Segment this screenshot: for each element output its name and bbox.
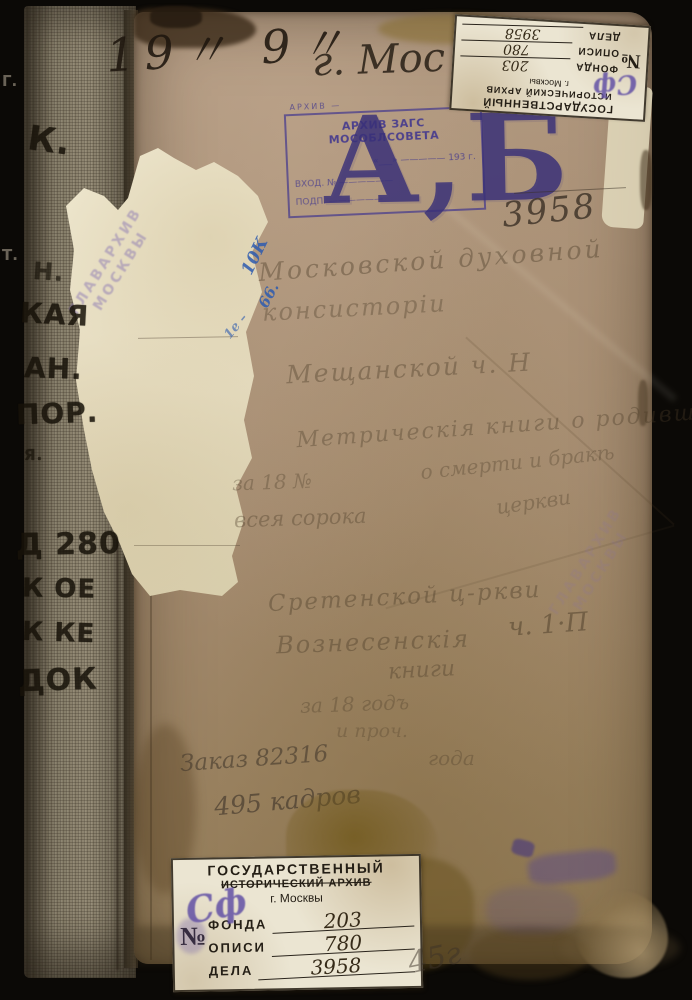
label-frame: ГОСУДАРСТВЕННЫЙ ИСТОРИЧЕСКИЙ АРХИВ г. Мо… (449, 14, 650, 122)
edge-chip (638, 380, 648, 426)
top-inscription-place: г. Мос (311, 38, 445, 83)
label-rows: ФОНДА 203 ОПИСИ 780 ДЕЛА 3958 (460, 22, 621, 80)
pencil-rule-line-2 (134, 545, 240, 546)
spine-letters: К КЕ (22, 619, 96, 648)
purple-stamp-smudge (486, 886, 578, 934)
label-frame: ГОСУДАРСТВЕННЫЙ ИСТОРИЧЕСКИЙ АРХИВ г. Мо… (171, 854, 423, 992)
spine-letters: К ОЕ (22, 575, 97, 602)
sf-stamp: Сф (591, 68, 638, 103)
spine-letters: КАЯ (19, 299, 89, 331)
file-number-pencil: 3958 (500, 189, 598, 233)
hinge-shadow-line (150, 560, 152, 960)
delo-value: 3958 (258, 954, 415, 980)
spine-letters: Н. (32, 259, 65, 285)
label-row-delo: ДЕЛА 3958 (209, 952, 415, 979)
spine-letters: ДОК (18, 665, 99, 698)
spine-letters: К. (26, 121, 73, 161)
edge-chip (640, 150, 652, 210)
edge-letter: Т. (2, 246, 18, 264)
faded-script-line: за 18 годъ (300, 692, 410, 716)
spine-letters: АН. (24, 354, 84, 384)
faded-script-line: года (428, 748, 475, 768)
faded-script-line: за 18 № (232, 471, 313, 494)
spine-letters: Я. (24, 448, 43, 463)
book-cover-scan: ГЛАВАРХИВ МОСКВЫ ГЛАВАРХИВ МОСКВЫ К. Н. … (0, 0, 692, 1000)
corner-pencil-note: 45г (405, 939, 463, 979)
spine-letters: Д 280 (16, 529, 121, 561)
tape-stain (560, 928, 680, 968)
faded-script-line: ч. 1·П (507, 609, 589, 641)
faded-script-line: и проч. (336, 722, 408, 741)
label-delo: ДЕЛА (583, 29, 621, 42)
spine-letters: ПОР. (16, 399, 99, 430)
faded-script-line: книги (387, 658, 455, 683)
archive-label-bottom: ГОСУДАРСТВЕННЫЙ ИСТОРИЧЕСКИЙ АРХИВ г. Мо… (171, 854, 423, 992)
faded-script-line: всея сорока (234, 506, 367, 532)
label-opis: ОПИСИ (208, 939, 271, 955)
label-delo: ДЕЛА (209, 963, 259, 979)
faded-script-line: Вознесенскія (276, 627, 471, 658)
edge-letter: Г. (2, 72, 17, 90)
archive-label-top: ГОСУДАРСТВЕННЫЙ ИСТОРИЧЕСКИЙ АРХИВ г. Мо… (449, 14, 650, 122)
delo-value: 3958 (462, 24, 583, 40)
